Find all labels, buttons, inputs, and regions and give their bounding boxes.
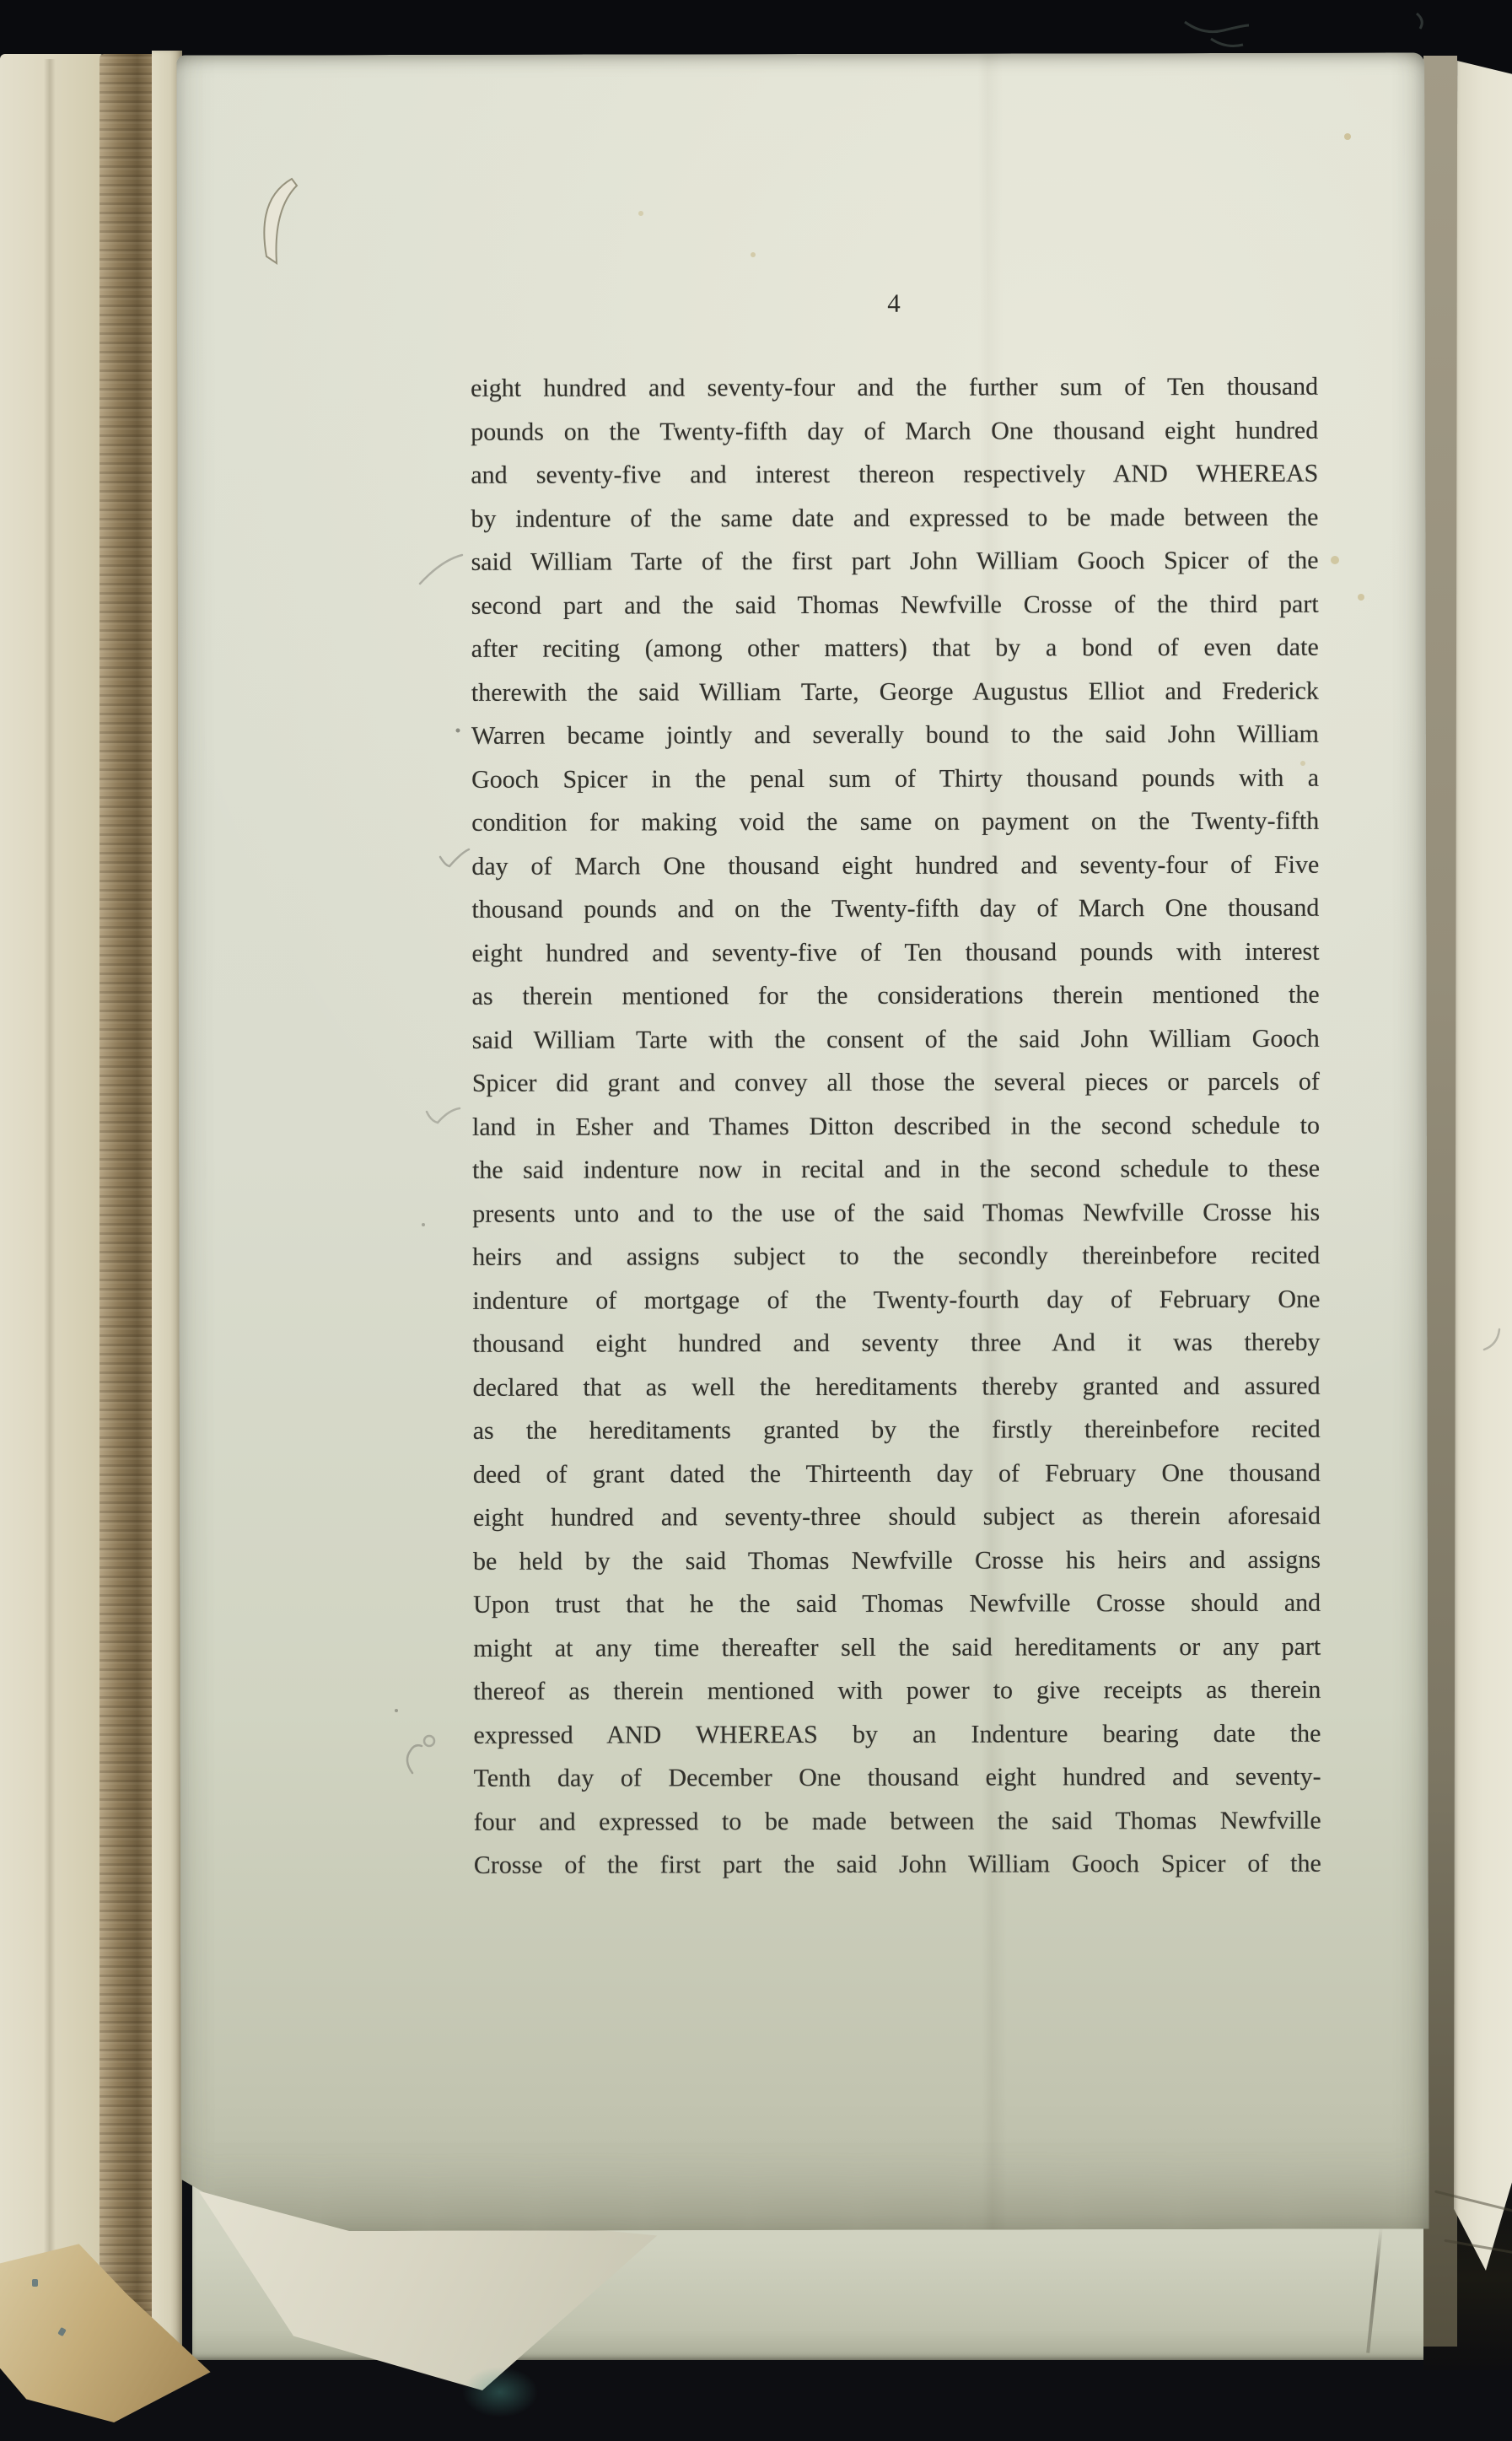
text-line: after reciting (among other matters) tha…	[471, 626, 1319, 671]
page-text: eight hundred and seventy-four and the f…	[471, 365, 1321, 1888]
text-line: declared that as well the hereditaments …	[473, 1364, 1321, 1409]
text-line: eight hundred and seventy-four and the f…	[471, 365, 1318, 411]
text-line: as therein mentioned for the considerati…	[472, 973, 1320, 1019]
text-line: thousand pounds and on the Twenty-fifth …	[471, 886, 1319, 932]
text-line: expressed AND WHEREAS by an Indenture be…	[473, 1711, 1321, 1757]
text-line: therewith the said William Tarte, George…	[471, 669, 1319, 714]
text-line: Upon trust that he the said Thomas Newfv…	[473, 1582, 1321, 1627]
text-line: said William Tarte with the consent of t…	[472, 1016, 1320, 1062]
text-line: Warren became jointly and severally boun…	[471, 713, 1319, 758]
text-line: said William Tarte of the first part Joh…	[471, 539, 1319, 585]
text-line: eight hundred and seventy-three should s…	[473, 1495, 1321, 1540]
text-line: and seventy-five and interest thereon re…	[471, 452, 1318, 498]
ink-speck	[57, 2327, 67, 2336]
text-line: Spicer did grant and convey all those th…	[472, 1060, 1320, 1106]
text-line: might at any time thereafter sell the sa…	[473, 1625, 1321, 1670]
text-line: Tenth day of December One thousand eight…	[474, 1755, 1321, 1801]
text-line: by indenture of the same date and expres…	[471, 495, 1318, 541]
text-line: pounds on the Twenty-fifth day of March …	[471, 408, 1318, 454]
teal-smudge	[462, 2367, 538, 2417]
text-line: indenture of mortgage of the Twenty-four…	[472, 1277, 1320, 1323]
text-line: day of March One thousand eight hundred …	[471, 843, 1319, 888]
text-line: Crosse of the first part the said John W…	[474, 1842, 1321, 1888]
text-line: thousand eight hundred and seventy three…	[472, 1321, 1320, 1366]
text-line: thereof as therein mentioned with power …	[473, 1668, 1321, 1714]
text-line: condition for making void the same on pa…	[471, 800, 1319, 845]
text-line: deed of grant dated the Thirteenth day o…	[473, 1451, 1321, 1496]
chalk-marks	[1185, 13, 1422, 46]
left-page-crease	[44, 59, 56, 2336]
next-page-edge	[1454, 61, 1512, 2271]
ink-speck	[32, 2279, 38, 2287]
text-line: second part and the said Thomas Newfvill…	[471, 582, 1319, 628]
text-line: Gooch Spicer in the penal sum of Thirty …	[471, 756, 1319, 801]
text-line: four and expressed to be made between th…	[474, 1798, 1321, 1844]
book-photograph: 4 eight hundred and seventy-four and the…	[0, 0, 1512, 2441]
text-line: heirs and assigns subject to the secondl…	[472, 1234, 1320, 1280]
page-number: 4	[471, 288, 1318, 320]
text-line: be held by the said Thomas Newfville Cro…	[473, 1538, 1321, 1583]
text-line: the said indenture now in recital and in…	[472, 1147, 1320, 1193]
text-line: as the hereditaments granted by the firs…	[473, 1408, 1321, 1453]
text-line: land in Esher and Thames Ditton describe…	[472, 1103, 1320, 1149]
book-page: 4 eight hundred and seventy-four and the…	[176, 52, 1429, 2231]
text-line: eight hundred and seventy-five of Ten th…	[471, 930, 1319, 975]
text-line: presents unto and to the use of the said…	[472, 1190, 1320, 1236]
rough-page-edges	[100, 54, 153, 2372]
